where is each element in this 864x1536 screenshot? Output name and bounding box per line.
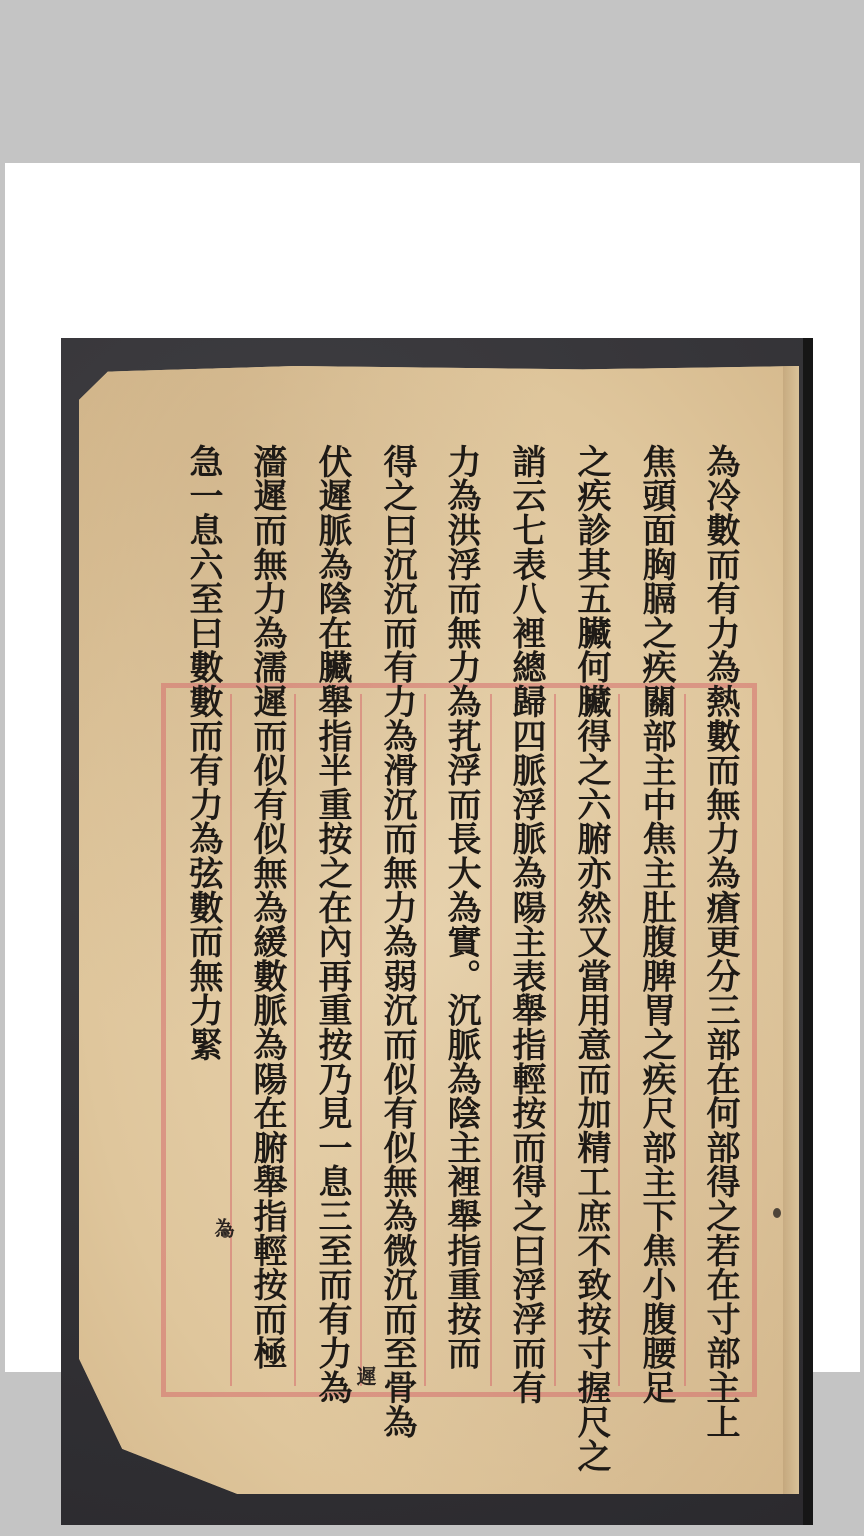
- text-column-9: 急一息六至曰數數而有力為弦數而無力緊: [174, 444, 232, 1484]
- text-column-6: 得之曰沉沉而有力為滑沉而無力為弱沉而似有似無為微沉而至骨為: [368, 444, 426, 1484]
- manuscript-scan: 為冷數而有力為熱數而無力為瘡更分三部在何部得之若在寸部主上 焦頭面胸膈之疾關部主…: [61, 338, 813, 1525]
- book-spine-edge: [803, 338, 813, 1525]
- image-viewer-card: 為冷數而有力為熱數而無力為瘡更分三部在何部得之若在寸部主上 焦頭面胸膈之疾關部主…: [5, 163, 860, 1372]
- ink-speck: [773, 1208, 781, 1218]
- text-columns: 為冷數而有力為熱數而無力為瘡更分三部在何部得之若在寸部主上 焦頭面胸膈之疾關部主…: [79, 366, 799, 1494]
- text-column-8: 濇遲而無力為濡遲而似有似無為緩數脈為陽在腑舉指輕按而極: [238, 444, 296, 1484]
- text-column-2: 焦頭面胸膈之疾關部主中焦主肚腹脾胃之疾尺部主下焦小腹腰足: [627, 444, 685, 1484]
- text-column-1: 為冷數而有力為熱數而無力為瘡更分三部在何部得之若在寸部主上: [691, 444, 749, 1484]
- manuscript-page: 為冷數而有力為熱數而無力為瘡更分三部在何部得之若在寸部主上 焦頭面胸膈之疾關部主…: [79, 366, 799, 1494]
- ink-speck: [221, 1228, 229, 1238]
- text-column-5: 力為洪浮而無力為芤浮而長大為實。沉脈為陰主裡舉指重按而: [432, 444, 490, 1484]
- text-column-7: 伏遲脈為陰在臟舉指半重按之在內再重按乃見一息三至而有力為: [303, 444, 361, 1484]
- margin-annotation: 遲: [351, 1366, 380, 1386]
- text-column-4: 誚云七表八裡總歸四脈浮脈為陽主表舉指輕按而得之曰浮浮而有: [497, 444, 555, 1484]
- text-column-3: 之疾診其五臟何臟得之六腑亦然又當用意而加精工庶不致按寸握尺之: [562, 444, 620, 1484]
